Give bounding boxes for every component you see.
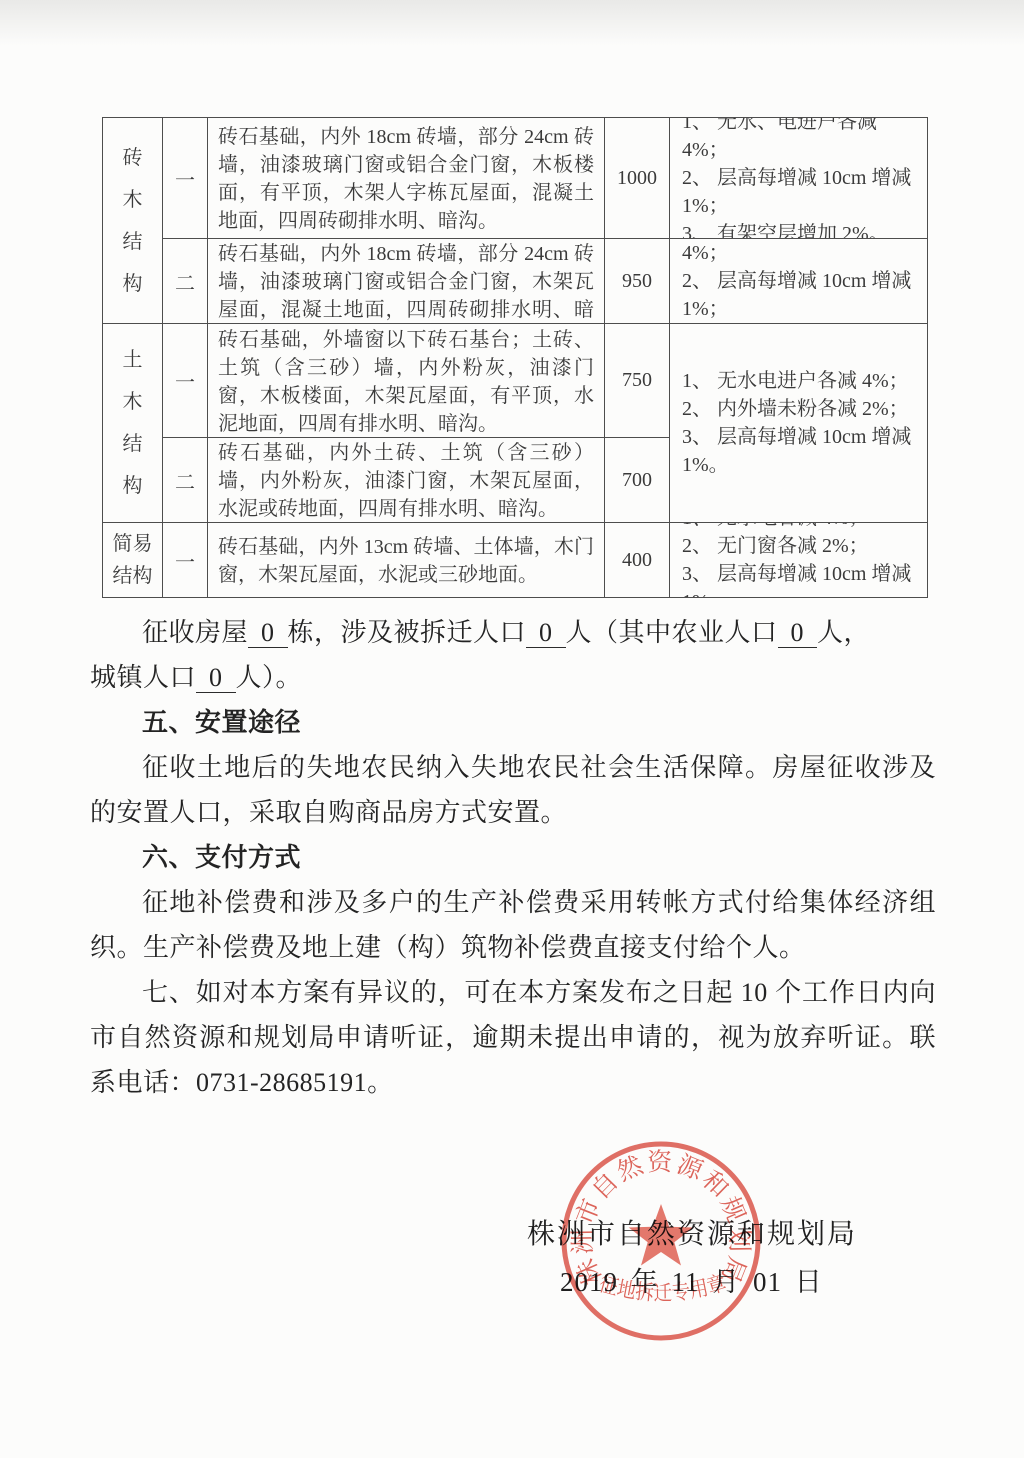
grade-cell: 二 xyxy=(163,239,208,324)
grade-cell: 一 xyxy=(163,324,208,438)
grade-cell: 一 xyxy=(163,118,208,239)
structure-cell-simple: 简易 结构 xyxy=(103,523,163,598)
underlined-value: 0 xyxy=(248,618,288,648)
text-run: 征收房屋 xyxy=(142,618,248,647)
price-cell: 700 xyxy=(605,438,670,523)
official-seal: 株洲市自然资源和规划局 征地拆迁专用章 xyxy=(558,1138,764,1344)
remarks-cell: 1、 无水、电进户各减 4%； 2、 层高每增减 10cm 增减 1%； 3、 … xyxy=(670,118,928,239)
heading-section-6: 六、支付方式 xyxy=(90,835,936,880)
paragraph-objection: 七、如对本方案有异议的，可在本方案发布之日起 10 个工作日内向市自然资源和规划… xyxy=(90,970,936,1105)
description-cell: 砖石基础，内外 13cm 砖墙、土体墙，木门窗，木架瓦屋面，水泥或三砂地面。 xyxy=(208,523,605,598)
document-body: 征收房屋0栋，涉及被拆迁人口0人（其中农业人口0人，城镇人口0人）。 五、安置途… xyxy=(90,610,936,1105)
grade-cell: 一 xyxy=(163,523,208,598)
heading-section-5: 五、安置途径 xyxy=(90,700,936,745)
grade-cell: 二 xyxy=(163,438,208,523)
text-run: 人， xyxy=(817,618,870,647)
price-cell: 950 xyxy=(605,239,670,324)
paragraph-housing-count: 征收房屋0栋，涉及被拆迁人口0人（其中农业人口0人，城镇人口0人）。 xyxy=(90,610,936,700)
underlined-value: 0 xyxy=(196,663,236,693)
remarks-cell: 1、 无水电各减 4%； 2、 无门窗各减 2%； 3、 层高每增减 10cm … xyxy=(670,523,928,598)
underlined-value: 0 xyxy=(526,618,566,648)
underlined-value: 0 xyxy=(778,618,818,648)
description-cell: 砖石基础，内外土砖、土筑（含三砂）墙，内外粉灰，油漆门窗，木架瓦屋面，水泥或砖地… xyxy=(208,438,605,523)
text-run: 人）。 xyxy=(236,663,303,692)
remarks-cell: 1、 无水电进户各减 4%； 2、 内外墙未粉各减 2%； 3、 层高每增减 1… xyxy=(670,324,928,523)
description-cell: 砖石基础，外墙窗以下砖石基台；土砖、土筑（含三砂）墙，内外粉灰，油漆门窗，木板楼… xyxy=(208,324,605,438)
paragraph-payment: 征地补偿费和涉及多户的生产补偿费采用转帐方式付给集体经济组织。生产补偿费及地上建… xyxy=(90,880,936,970)
remarks-cell: 1、 无水、电进户各减 4%； 2、 层高每增减 10cm 增减 1%； 3、 … xyxy=(670,239,928,324)
description-cell: 砖石基础，内外 18cm 砖墙，部分 24cm 砖墙，油漆玻璃门窗或铝合金门窗，… xyxy=(208,118,605,239)
structure-cell-earth-wood: 土 木 结 构 xyxy=(103,324,163,523)
paragraph-resettlement: 征收土地后的失地农民纳入失地农民社会生活保障。房屋征收涉及的安置人口，采取自购商… xyxy=(90,745,936,835)
price-cell: 400 xyxy=(605,523,670,598)
structure-cell-brick-wood: 砖 木 结 构 xyxy=(103,118,163,324)
seal-star xyxy=(629,1204,694,1266)
compensation-table: 砖 木 结 构 土 木 结 构 简易 结构 一 二 一 二 一 砖石基础，内外 … xyxy=(102,117,928,598)
price-cell: 750 xyxy=(605,324,670,438)
seal-bottom-text: 征地拆迁专用章 xyxy=(597,1270,729,1305)
text-run: 栋，涉及被拆迁人口 xyxy=(288,618,527,647)
price-cell: 1000 xyxy=(605,118,670,239)
scan-shading xyxy=(0,0,1024,46)
text-run: 人（其中农业人口 xyxy=(566,618,778,647)
text-run: 城镇人口 xyxy=(90,663,196,692)
description-cell: 砖石基础，内外 18cm 砖墙，部分 24cm 砖墙，油漆玻璃门窗或铝合金门窗，… xyxy=(208,239,605,324)
